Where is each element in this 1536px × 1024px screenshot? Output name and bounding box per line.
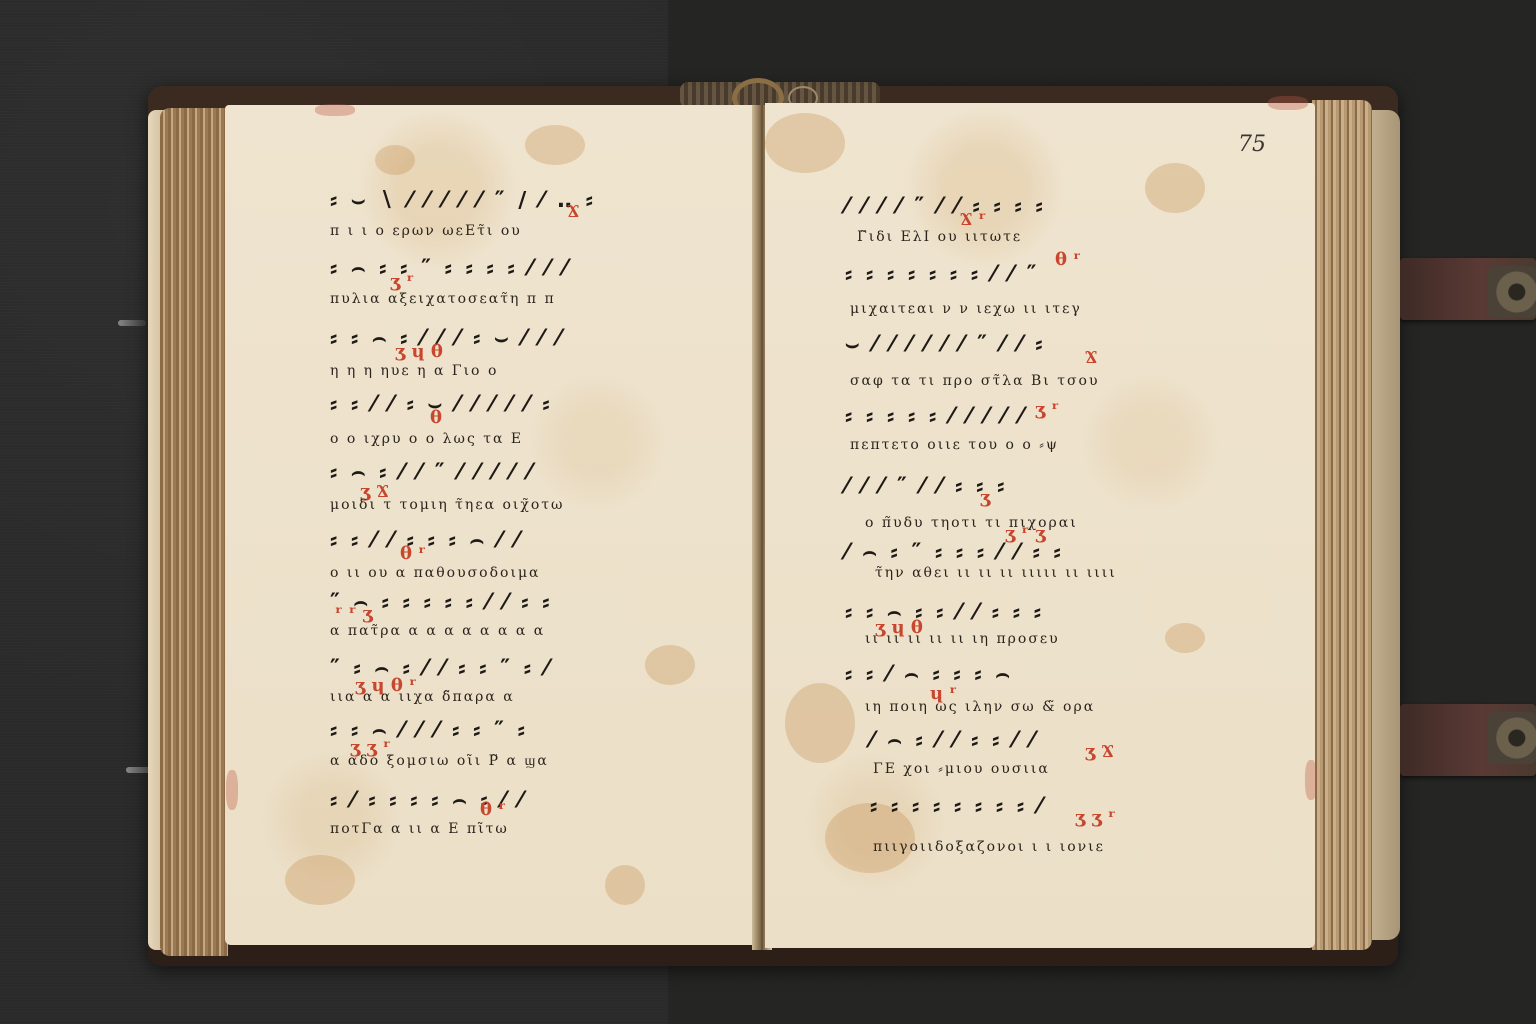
lyric-line: ο π̃υδυ τηοτι τι πιχοραι (865, 515, 1078, 531)
red-edge-stain (226, 770, 238, 810)
clasp-strap-top (1400, 258, 1536, 320)
clasp-metal-icon (1488, 712, 1536, 764)
foxing-spot (285, 855, 355, 905)
left-page: ⸗ ⌣ ∖ ⁄ ⁄ ⁄ ⁄ ⁄ ″ ∕ ⁄ ‥ ⸗ Ϫ π ι ι ο ερων… (225, 105, 757, 945)
lyric-line: ο ιι ου α παθουσοδοιμα (330, 565, 541, 581)
rubric-sign: ʒ (980, 487, 990, 508)
neume-line: ⁄ ⁄ ⁄ ⁄ ″ ⁄ ⁄ ⸗ ⸗ ⸗ ⸗ (845, 193, 1046, 219)
rubric-sign: θ ʳ (400, 543, 426, 564)
foxing-spot (785, 683, 855, 763)
rubric-sign: ʒ ɥ θ (395, 341, 443, 362)
neume-line: ⸗ ⸗ ⸗ ⸗ ⸗ ⁄ ⁄ ⁄ ⁄ ⁄ (845, 403, 1026, 429)
rubric-sign: ʒ ʳ (390, 271, 414, 292)
clasp-metal-icon (1488, 266, 1536, 318)
lyric-line: ιι ιι ιι ιι ιι ιη προσευ (865, 631, 1060, 647)
lyric-line: π ι ι ο ερων ωεΕτ̃ι ου (330, 223, 522, 239)
clasp-strap-bottom (1400, 704, 1536, 776)
rubric-sign: ʳ ʳ ʒ (335, 603, 373, 624)
lyric-line: πυλια αξειχατοσεατ̃η π π (330, 291, 556, 307)
neume-line: ⁄ ⌢ ⸗ ⁄ ⁄ ⸗ ⸗ ⁄ ⁄ (870, 727, 1037, 753)
neume-line: ⸗ ⸗ ⁄ ⌢ ⸗ ⸗ ⸗ ⌢ (845, 661, 1013, 687)
foxing-spot (605, 865, 645, 905)
foxing-spot (645, 645, 695, 685)
red-edge-stain (315, 104, 355, 116)
lyric-line: Γ̃ιδι ΕλΙ ου ιιτωτε (857, 229, 1022, 245)
lyric-line: α πατ̃ρα α α α α α α α α (330, 623, 545, 639)
lyric-line: ο ο ιχρυ ο ο λως τα Ε (330, 431, 523, 447)
rubric-sign: Ϫ (567, 201, 579, 222)
red-edge-stain (1305, 760, 1317, 800)
folio-number: 75 (1238, 132, 1266, 157)
rubric-sign: θ ʳ (480, 799, 506, 820)
lyric-line: πεπτετο οιιε του ο ο ⸗ψ (850, 437, 1059, 454)
foxing-spot (525, 125, 585, 165)
red-edge-stain (1268, 96, 1308, 110)
neume-line: ⸗ ⸗ ⌢ ⸗ ⁄ ⁄ ⁄ ⸗ ⌣ ⁄ ⁄ ⁄ (330, 325, 564, 351)
lyric-line: μοιδι τ τομιη τ̃ηεα οιχ̃οτω (330, 497, 564, 513)
neume-line: ⸗ ⸗ ⸗ ⸗ ⸗ ⸗ ⸗ ⸗ ⁄ (870, 793, 1045, 819)
lyric-line: η η η ηυε η α Γιο ο (330, 363, 498, 379)
rubric-sign: Ϫ ʳ (960, 209, 986, 230)
pin-icon (118, 320, 146, 326)
neume-line: ⸗ ⸗ ⁄ ⁄ ⸗ ⸗ ⸗ ⌢ ⁄ ⁄ (330, 527, 522, 553)
foxing-spot (1165, 623, 1205, 653)
right-page: ⁄ ⁄ ⁄ ⁄ ″ ⁄ ⁄ ⸗ ⸗ ⸗ ⸗ Ϫ ʳ Γ̃ιδι ΕλΙ ου ι… (765, 103, 1315, 948)
rubric-sign: θ ʳ (1055, 249, 1081, 270)
lyric-line: ποτΓα α ιι α Ε πι̃τω (330, 821, 509, 837)
rubric-sign: Ϫ (1085, 347, 1097, 368)
lyric-line: α αδο ξομσιω οι̃ι Ρ̃ α ϣα (330, 753, 549, 770)
lyric-line: πιιγοιιδοξαζονοι ι ι ιονιε (873, 839, 1105, 855)
rubric-sign: ʒ Ϫ (1085, 741, 1114, 762)
neume-line: ⸗ ⸗ ⸗ ⸗ ⸗ ⸗ ⸗ ⁄ ⁄ ″ (845, 261, 1039, 287)
neume-line: ⸗ ⌢ ⸗ ⸗ ″ ⸗ ⸗ ⸗ ⸗ ⁄ ⁄ ⁄ (330, 255, 570, 281)
rubric-sign: ʒ ʳ (1035, 399, 1059, 420)
foxing-spot (1145, 163, 1205, 213)
lyric-line: μιχαιτεαι ν ν ιεχω ιι ιτεγ (850, 301, 1082, 317)
lyric-line: ΓΕ χοι ⸗μιου ουσιια (873, 761, 1050, 778)
lyric-line: ιια α α ιιχα δ̃παρα α (330, 689, 515, 705)
rubric-sign: ʒ ʳ ʒ (1005, 523, 1045, 544)
fore-edge-right (1312, 100, 1372, 950)
lyric-line: ιη ποιη ως ιλην σω &̃ ορα (865, 699, 1095, 715)
lyric-line: τ̃ην αθει ιι ιι ιι ιιιιι ιι ιιιι (875, 565, 1117, 581)
rubric-sign: ʒ ʒ ʳ (1075, 807, 1115, 828)
foxing-spot (375, 145, 415, 175)
rubric-sign: θ (430, 407, 442, 428)
fore-edge-left (160, 108, 228, 956)
neume-line: ⸗ ⌣ ∖ ⁄ ⁄ ⁄ ⁄ ⁄ ″ ∕ ⁄ ‥ ⸗ (330, 187, 596, 213)
lyric-line: σαφ τα τι προ στ̃λα Βι τσου (850, 373, 1099, 389)
foxing-spot (765, 113, 845, 173)
neume-line: ⌣ ⁄ ⁄ ⁄ ⁄ ⁄ ⁄ ″ ⁄ ⁄ ⸗ (845, 331, 1046, 357)
